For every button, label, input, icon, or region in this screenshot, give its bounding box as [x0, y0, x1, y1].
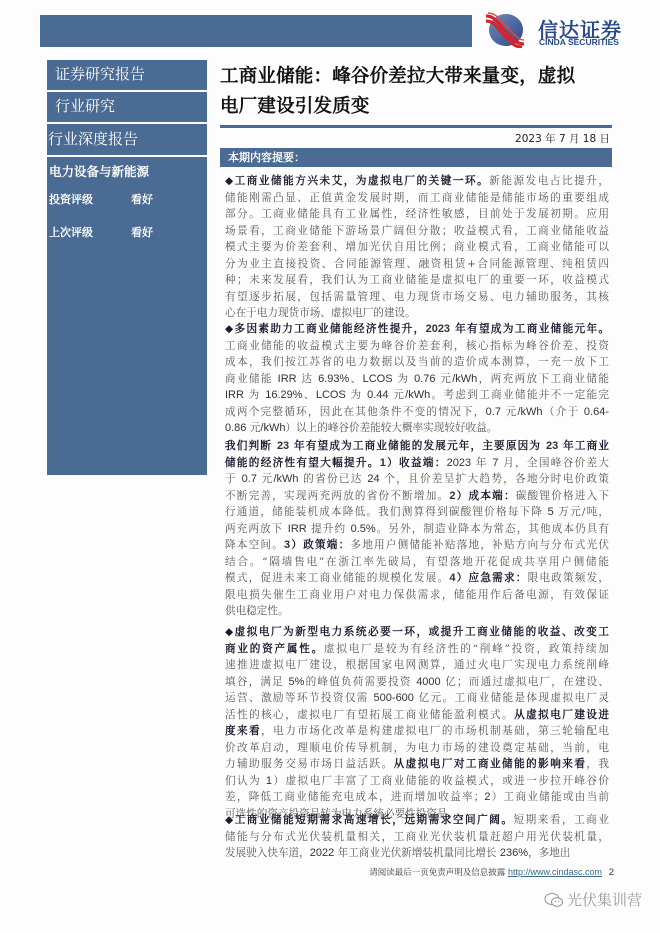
text: 们认为 [225, 775, 266, 787]
text-line: 行通道，储能装机成本降低。我们测算得到碳酸锂价格每下降 5 万元/吨， [225, 504, 609, 521]
text: 。另外，制造业降本为常态，其他成本仍具有 [376, 523, 609, 535]
text: 为 [346, 389, 367, 401]
text: 新能源发电占比提升， [489, 175, 609, 187]
text: 速推进虚拟电厂建设，根据国家电网测算，通过火电厂实现电力系统削峰 [225, 659, 609, 671]
sidebar-rating-panel: 电力设备与新能源 投资评级看好 上次评级看好 [47, 157, 207, 475]
bold-text: ）应急需求： [456, 572, 528, 584]
text: 多地用户侧储能补贴落地，补贴方向与分布式光伏 [350, 539, 609, 551]
number: 0.44 [367, 389, 388, 401]
summary-heading-bar: 本期内容提要： [220, 148, 612, 167]
text: ，多地出 [528, 847, 570, 859]
text-line: 储能与分布式光伏装机量相关，工商业光伏装机量赶超户用光伏装机量， [225, 829, 609, 846]
text: 活性的核心，虚拟电厂有望拓展工商业储能盈利模式。 [225, 709, 514, 721]
text: 差，降低工商业储能充电成本，进而增加收益率； [225, 791, 484, 803]
bold-text: ◆多因素助力工商业储能经济性提升， [225, 323, 426, 335]
number: 6.93% [318, 373, 349, 385]
number: 500-600 [374, 692, 414, 704]
text-line: 限电损失催生工商业用户对电力保供需求，储能用作后备电源，有效保证 [225, 587, 609, 604]
text: 为 [393, 373, 414, 385]
title-divider [220, 125, 612, 128]
bold-text: 年有望成为工商业储能元年。 [450, 323, 609, 335]
report-type-label: 证券研究报告 [55, 63, 145, 84]
bold-text: ）政策端： [290, 539, 350, 551]
number: IRR [225, 389, 244, 401]
header-bar [40, 15, 472, 47]
text-line: ◆多因素助力工商业储能经济性提升，2023 年有望成为工商业储能元年。 [225, 321, 609, 338]
text-line: 运营、激励等环节投资仅需 500-600 亿元。工商业储能是体现虚拟电厂灵 [225, 690, 609, 707]
text-line: 速推进虚拟电厂建设，根据国家电网测算，通过火电厂实现电力系统削峰 [225, 657, 609, 674]
text-line: ◆工商业储能方兴未艾，为虚拟电厂的关键一环。新能源发电占比提升， [225, 173, 609, 190]
text: 填谷，满足 [225, 676, 288, 688]
text: ）工商业储能或由当前 [491, 791, 609, 803]
bold-text: ）成本端： [456, 490, 516, 502]
bold-text: 从虚拟电厂对工商业储能的影响来看 [394, 758, 587, 770]
page-number: 2 [609, 867, 614, 878]
text: 限电政策频发， [528, 572, 609, 584]
text-line: 模式主要为价差套利、增加光伏自用比例；商业模式看，工商业储能可以 [225, 239, 609, 256]
text: 工商业储能的收益模式主要为峰谷价差套利，核心指标为峰谷价差、投资 [225, 340, 609, 352]
text: 成本，我们按江苏省的电力数据以及当前的造价成本测算，一充一放下工 [225, 356, 609, 368]
text: 、 [349, 373, 362, 385]
text: 力辅助服务交易市场日益活跃。 [225, 758, 394, 770]
paragraph: ◆工商业储能方兴未艾，为虚拟电厂的关键一环。新能源发电占比提升，储能刚需凸显、正… [225, 173, 609, 322]
bold-number: 23 [546, 440, 558, 452]
number: 236% [500, 847, 528, 859]
text: 年工商业光伏新增装机量同比增长 [334, 847, 500, 859]
text: 运营、激励等环节投资仅需 [225, 692, 374, 704]
disclaimer-text: 请阅读最后一页免责声明及信息披露 [369, 868, 505, 878]
text: ）以上的峰谷价差能较大概率实现较好收益。 [285, 422, 497, 434]
text-line: 种；未来发展看，我们认为工商业储能是虚拟电厂的重要一环，收益模式 [225, 272, 609, 289]
bold-text: 商业的资产属性。 [225, 643, 324, 655]
number: /kWh [273, 473, 298, 485]
website-link[interactable]: http://www.cindasc.com [508, 867, 602, 877]
number: 2023 [447, 457, 471, 469]
page-footer: 请阅读最后一页免责声明及信息披露 http://www.cindasc.com … [369, 866, 614, 878]
text-line: 有望逐步拓展，包括需量管理、电力现货市场交易、电力辅助服务，其核 [225, 289, 609, 306]
text-line: 不断完善，实现两充两放的省份不断增加。2）成本端：碳酸锂价格进入下 [225, 488, 609, 505]
text-line: 工商业储能的收益模式主要为峰谷价差套利，核心指标为峰谷价差、投资 [225, 338, 609, 355]
text: ，电力市场化改革是构建虚拟电厂的市场机制基础，第三轮输配电 [261, 725, 609, 737]
text-line: 部分。工商业储能具有工业属性，经济性敏感，目前处于发展初期。应用 [225, 206, 609, 223]
category-label: 行业研究 [55, 95, 115, 116]
text: ，两充两放下工商业储能 [477, 373, 609, 385]
number: IRR [288, 523, 307, 535]
text-line: 度来看，电力市场化改革是构建虚拟电厂的市场机制基础，第三轮输配电 [225, 723, 609, 740]
number: 0.64- [584, 406, 609, 418]
bold-text: 年有望成为工商业储能的发展元年，主要原因为 [289, 440, 546, 452]
sector-label: 电力设备与新能源 [49, 162, 149, 180]
text: 两充两放下 [225, 523, 288, 535]
text: 分为业主直接投资、合同能源管理、融资租赁+合同能源管理、纯租赁四 [225, 258, 609, 270]
text: 的省份已达 [299, 473, 368, 485]
text: 年 [471, 457, 492, 469]
text-line: 填谷，满足 5%的峰值负荷需要投资 4000 亿；而通过虚拟电厂，在建设、 [225, 674, 609, 691]
text-line: 价改革启动，理顺电价传导机制，为电力市场的建设奠定基础，当前，电 [225, 740, 609, 757]
text: 元 [501, 406, 517, 418]
text-line: 商业的资产属性。虚拟电厂是较为有经济性的“削峰”投资，政策持续加 [225, 641, 609, 658]
text: 有望逐步拓展，包括需量管理、电力现货市场交易、电力辅助服务，其核 [225, 291, 609, 303]
number: 4000 [416, 676, 440, 688]
previous-rating-value: 看好 [131, 226, 153, 239]
bold-text: 储能的经济性有望大幅提升。 [225, 457, 380, 469]
title-line-1: 工商业储能：峰谷价差拉大带来量变，虚拟 [220, 62, 620, 92]
number: 0.5% [351, 523, 376, 535]
text: 商业储能 [225, 373, 278, 385]
cinda-logo-icon [484, 12, 524, 48]
text-line: 们认为 1）虚拟电厂丰富了工商业储能的收益模式，或进一步拉开峰谷价 [225, 773, 609, 790]
text: ，我 [586, 758, 609, 770]
text-line: 储能的经济性有望大幅提升。1）收益端：2023 年 7 月，全国峰谷价差大 [225, 455, 609, 472]
text: 心在于电力现货市场、虚拟电厂的建设。 [225, 307, 416, 319]
number: /kWh [517, 406, 542, 418]
number: IRR [278, 373, 297, 385]
text: 成两个完整循环，因此在其他条件不变的情况下， [225, 406, 486, 418]
investment-rating: 投资评级看好 [49, 191, 153, 207]
text-line: 力辅助服务交易市场日益活跃。从虚拟电厂对工商业储能的影响来看，我 [225, 756, 609, 773]
report-title: 工商业储能：峰谷价差拉大带来量变，虚拟 电厂建设引发质变 [220, 62, 620, 122]
text: （介于 [543, 406, 584, 418]
text: 为 [244, 389, 265, 401]
text-line: 两充两放下 IRR 提升约 0.5%。另外，制造业降本为常态，其他成本仍具有 [225, 521, 609, 538]
text: 部分。工商业储能具有工业属性，经济性敏感，目前处于发展初期。应用 [225, 208, 609, 220]
previous-rating-label: 上次评级 [49, 224, 131, 240]
number: 0.7 [242, 473, 257, 485]
bold-text: 从虚拟电厂建设进 [514, 709, 609, 721]
text: 不断完善，实现两充两放的省份不断增加。 [225, 490, 449, 502]
text: 于 [225, 473, 242, 485]
text: 限电损失催生工商业用户对电力保供需求，储能用作后备电源，有效保证 [225, 589, 609, 601]
previous-rating: 上次评级看好 [49, 224, 153, 240]
text-line: 心在于电力现货市场、虚拟电厂的建设。 [225, 305, 609, 322]
bold-text: ）收益端： [386, 457, 447, 469]
paragraph: 我们判断 23 年有望成为工商业储能的发展元年，主要原因为 23 年工商业储能的… [225, 438, 609, 620]
sidebar-category: 行业研究 [47, 92, 207, 122]
text-line: 成两个完整循环，因此在其他条件不变的情况下，0.7 元/kWh（介于 0.64- [225, 404, 609, 421]
text: 虚拟电厂是较为有经济性的“削峰”投资，政策持续加 [324, 643, 609, 655]
bold-text: ◆工商业储能短期需求高速增长，远期需求空间广阔。 [225, 814, 514, 826]
bold-text: 我们判断 [225, 440, 277, 452]
bold-text: 年工商业 [558, 440, 609, 452]
text: 、 [303, 389, 316, 401]
text: 元 [435, 373, 452, 385]
company-logo: 信达证券 CINDA SECURITIES [484, 12, 654, 48]
bold-number: 23 [277, 440, 289, 452]
number: LCOS [363, 373, 393, 385]
text-line: ◆虚拟电厂为新型电力系统必要一环，或提升工商业储能的收益、改变工 [225, 624, 609, 641]
text-line: 降本空间。3）政策端：多地用户侧储能补贴落地，补贴方向与分布式光伏 [225, 537, 609, 554]
text: 月，全国峰谷价差大 [499, 457, 609, 469]
watermark-text: 光伏集训营 [567, 891, 642, 909]
text-line: 结合。“隔墙售电”在浙江率先破局，有望落地开花促成共享用户侧储能 [225, 554, 609, 571]
text-line: 于 0.7 元/kWh 的省份已达 24 个，且价差呈扩大趋势，各地分时电价政策 [225, 471, 609, 488]
paragraph: ◆多因素助力工商业储能经济性提升，2023 年有望成为工商业储能元年。工商业储能… [225, 321, 609, 437]
text: 万元/吨， [554, 506, 609, 518]
text: 价改革启动，理顺电价传导机制，为电力市场的建设奠定基础，当前，电 [225, 742, 609, 754]
text-line: 发展驶入快车道，2022 年工商业光伏新增装机量同比增长 236%，多地出 [225, 845, 609, 862]
text: 亿；而通过虚拟电厂，在建设、 [441, 676, 609, 688]
bold-text: ◆虚拟电厂为新型电力系统必要一环，或提升工商业储能的收益、改变工 [225, 626, 609, 638]
text: 元 [389, 389, 406, 401]
logo-english-name: CINDA SECURITIES [539, 37, 619, 47]
text: ）虚拟电厂丰富了工商业储能的收益模式，或进一步拉开峰谷价 [272, 775, 609, 787]
rating-label: 投资评级 [49, 191, 131, 207]
paragraph: ◆工商业储能短期需求高速增长，远期需求空间广阔。短期来看，工商业储能与分布式光伏… [225, 812, 609, 862]
sidebar-subtype: 行业深度报告 [47, 124, 207, 155]
text-line: 模式，促进未来工商业储能的规模化发展。4）应急需求：限电政策频发， [225, 570, 609, 587]
number: 0.76 [414, 373, 435, 385]
text-line: 供电稳定性。 [225, 603, 609, 620]
text: 储能与分布式光伏装机量相关，工商业光伏装机量赶超户用光伏装机量， [225, 831, 609, 843]
text: 的峰值负荷需要投资 [304, 676, 416, 688]
text-line: 活性的核心，虚拟电厂有望拓展工商业储能盈利模式。从虚拟电厂建设进 [225, 707, 609, 724]
wechat-icon [544, 892, 564, 908]
text-line: IRR 为 16.29%、LCOS 为 0.44 元/kWh。考虑到工商业储能并… [225, 387, 609, 404]
text-line: ◆工商业储能短期需求高速增长，远期需求空间广阔。短期来看，工商业 [225, 812, 609, 829]
text-line: 商业储能 IRR 达 6.93%、LCOS 为 0.76 元/kWh，两充两放下… [225, 371, 609, 388]
sidebar-report-type: 证券研究报告 [47, 60, 207, 90]
number: 0.86 [225, 422, 246, 434]
number: /kWh [452, 373, 477, 385]
text: 模式，促进未来工商业储能的规模化发展。 [225, 572, 449, 584]
text: 个，且价差呈扩大趋势，各地分时电价政策 [380, 473, 609, 485]
subtype-label: 行业深度报告 [48, 128, 138, 149]
paragraph: ◆虚拟电厂为新型电力系统必要一环，或提升工商业储能的收益、改变工商业的资产属性。… [225, 624, 609, 822]
title-line-2: 电厂建设引发质变 [220, 92, 620, 122]
text: 提升约 [307, 523, 351, 535]
number: 2022 [310, 847, 334, 859]
text: 元 [257, 473, 274, 485]
text-line: 储能刚需凸显、正值黄金发展时期，而工商业储能是储能市场的重要组成 [225, 190, 609, 207]
number: 5% [288, 676, 304, 688]
text: 亿元。工商业储能是体现虚拟电厂灵 [414, 692, 609, 704]
number: 16.29% [265, 389, 302, 401]
text: 供电稳定性。 [225, 605, 289, 617]
text: 发展驶入快车道， [225, 847, 310, 859]
text: 达 [297, 373, 318, 385]
text: 行通道，储能装机成本降低。我们测算得到碳酸锂价格每下降 [225, 506, 548, 518]
text-line: 分为业主直接投资、合同能源管理、融资租赁+合同能源管理、纯租赁四 [225, 256, 609, 273]
number: 24 [367, 473, 379, 485]
text: 储能刚需凸显、正值黄金发展时期，而工商业储能是储能市场的重要组成 [225, 192, 609, 204]
report-date: 2023 年 7 月 18 日 [515, 131, 610, 146]
text-line: 0.86 元/kWh）以上的峰谷价差能较大概率实现较好收益。 [225, 420, 609, 437]
bold-text: ◆工商业储能方兴未艾，为虚拟电厂的关键一环。 [225, 175, 489, 187]
number: /kWh [260, 422, 285, 434]
bold-text: 度来看 [225, 725, 261, 737]
bold-number: 2023 [426, 323, 450, 335]
text-line: 场景看，工商业储能下游场景广阔但分散；收益模式看，工商业储能收益 [225, 223, 609, 240]
number: 0.7 [486, 406, 501, 418]
rating-value: 看好 [131, 193, 153, 206]
watermark: 光伏集训营 [544, 889, 642, 910]
text: 结合。“隔墙售电”在浙江率先破局，有望落地开花促成共享用户侧储能 [225, 556, 609, 568]
text: 场景看，工商业储能下游场景广阔但分散；收益模式看，工商业储能收益 [225, 225, 609, 237]
text: 短期来看，工商业 [514, 814, 609, 826]
text: 碳酸锂价格进入下 [516, 490, 609, 502]
text: 元 [246, 422, 260, 434]
number: /kWh [405, 389, 430, 401]
text: 降本空间。 [225, 539, 284, 551]
summary-heading: 本期内容提要： [228, 151, 305, 164]
text: 种；未来发展看，我们认为工商业储能是虚拟电厂的重要一环，收益模式 [225, 274, 609, 286]
number: LCOS [316, 389, 346, 401]
text-line: 我们判断 23 年有望成为工商业储能的发展元年，主要原因为 23 年工商业 [225, 438, 609, 455]
text: 模式主要为价差套利、增加光伏自用比例；商业模式看，工商业储能可以 [225, 241, 609, 253]
text-line: 成本，我们按江苏省的电力数据以及当前的造价成本测算，一充一放下工 [225, 354, 609, 371]
text-line: 差，降低工商业储能充电成本，进而增加收益率；2）工商业储能或由当前 [225, 789, 609, 806]
text: 。考虑到工商业储能并不一定能完 [430, 389, 609, 401]
